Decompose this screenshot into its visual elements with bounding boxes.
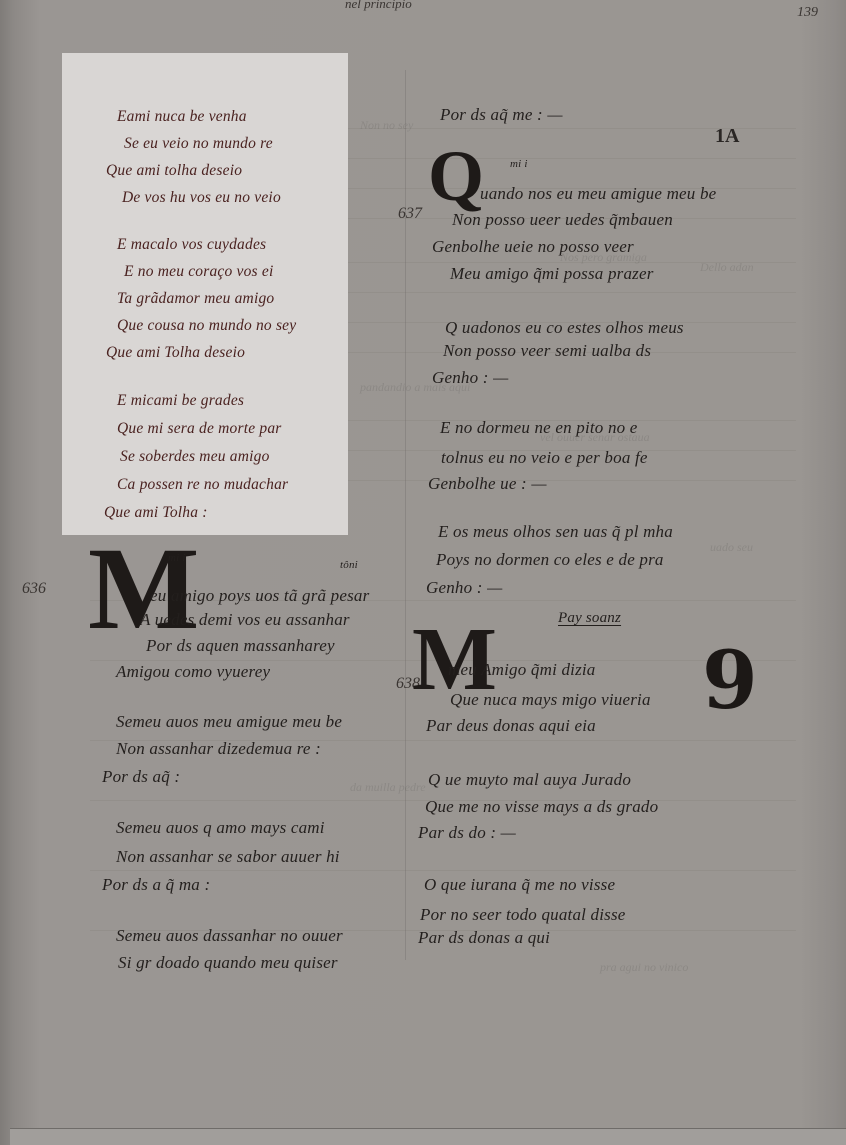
verse-line: Por ds aquen massanharey <box>146 636 335 656</box>
verse-line: Que cousa no mundo no sey <box>117 317 296 335</box>
verse-line: Que mi sera de morte par <box>117 420 282 438</box>
verse-line: Eami nuca be venha <box>117 108 247 126</box>
gloss: tôni <box>340 559 358 571</box>
page-bottom-edge <box>10 1128 846 1145</box>
verse-line: Semeu auos q amo mays cami <box>116 818 325 838</box>
verse-line: uando nos eu meu amigue meu be <box>480 184 716 204</box>
refrain-line: Por ds a q̃ ma : <box>102 875 210 895</box>
bleed-through-text: pra agui no vinico <box>600 960 688 975</box>
verse-line: De vos hu vos eu no veio <box>122 189 281 207</box>
margin-note: 1A <box>715 125 739 148</box>
verse-line: meu Amigo q̃mi dizia <box>448 660 596 680</box>
verse-line: tolnus eu no veio e per boa fe <box>441 448 648 468</box>
poem-number-636: 636 <box>22 580 46 598</box>
author-name: Pay soanz <box>558 610 621 627</box>
verse-line: Non posso ueer uedes q̃mbauen <box>452 210 673 230</box>
verse-line: Non posso veer semi ualba ds <box>443 341 651 361</box>
verse-line: Por no seer todo quatal disse <box>420 905 626 925</box>
verse-line: A uedes demi vos eu assanhar <box>140 610 350 630</box>
verse-line: Si gr doado quando meu quiser <box>118 953 338 973</box>
verse-line: Semeu auos meu amigue meu be <box>116 712 342 732</box>
margin-large-numeral: 9 <box>702 640 758 720</box>
poem-number-637: 637 <box>398 205 422 223</box>
bleed-through-text: Dello adan <box>700 260 754 275</box>
refrain-line: Par ds do : — <box>418 823 516 843</box>
verse-line: Se eu veio no mundo re <box>124 135 273 153</box>
verse-line: Ca possen re no mudachar <box>117 476 288 494</box>
bleed-through-text: uado seu <box>710 540 753 555</box>
refrain-line: Genbolhe ue : — <box>428 474 547 494</box>
top-note: nel principio <box>345 0 412 12</box>
verse-line: E macalo vos cuydades <box>117 236 266 254</box>
ruled-line <box>90 870 796 871</box>
refrain-line: Par ds donas a qui <box>418 928 550 948</box>
refrain-line: Por ds aq̃ : <box>102 767 180 787</box>
refrain-line: Que ami Tolha deseio <box>106 344 245 362</box>
refrain-line: Por ds aq̃ me : — <box>440 105 563 125</box>
verse-line: Meu amigo q̃mi possa prazer <box>450 264 654 284</box>
verse-line: Q ue muyto mal auya Jurado <box>428 770 631 790</box>
refrain-line: Genbolhe ueie no posso veer <box>432 237 634 257</box>
gloss: mi i <box>168 552 186 564</box>
bleed-through-text: da muilla pedre <box>350 780 426 795</box>
decorated-initial-q: Q <box>428 140 484 212</box>
verse-line: O que iurana q̃ me no visse <box>424 875 615 895</box>
verse-line: Ta grãdamor meu amigo <box>117 290 274 308</box>
verse-line: E micami be grades <box>117 392 244 410</box>
verse-line: E os meus olhos sen uas q̃ pl mha <box>438 522 673 542</box>
manuscript-page: Non no sey Nos pero gramiga pandandio a … <box>0 0 846 1145</box>
refrain-line: Genho : — <box>426 578 502 598</box>
verse-line: Se soberdes meu amigo <box>120 448 270 466</box>
verse-line: Semeu auos dassanhar no ouuer <box>116 926 343 946</box>
verse-line: E no meu coraço vos ei <box>124 263 273 281</box>
verse-line: Q uadonos eu co estes olhos meus <box>445 318 684 338</box>
refrain-line: Genho : — <box>432 368 508 388</box>
gloss: mi i <box>510 158 528 170</box>
verse-line: Non assanhar se sabor auuer hi <box>116 847 340 867</box>
verse-line: Que me no visse mays a ds grado <box>425 797 658 817</box>
bleed-through-text: Non no sey <box>360 118 413 133</box>
highlighted-region: Eami nuca be venha Se eu veio no mundo r… <box>62 53 348 535</box>
column-gutter-line <box>405 70 406 960</box>
verse-line: eu amigo poys uos tã grã pesar <box>150 586 369 606</box>
verse-line: Que nuca mays migo viueria <box>450 690 651 710</box>
refrain-line: Que ami Tolha : <box>104 504 208 522</box>
verse-line: E no dormeu ne en pito no e <box>440 418 638 438</box>
refrain-line: Par deus donas aqui eia <box>426 716 596 736</box>
refrain-line: Que ami tolha deseio <box>106 162 242 180</box>
folio-number: 139 <box>797 5 818 21</box>
verse-line: Non assanhar dizedemua re : <box>116 739 321 759</box>
verse-line: Amigou como vyuerey <box>116 662 270 682</box>
verse-line: Poys no dormen co eles e de pra <box>436 550 664 570</box>
